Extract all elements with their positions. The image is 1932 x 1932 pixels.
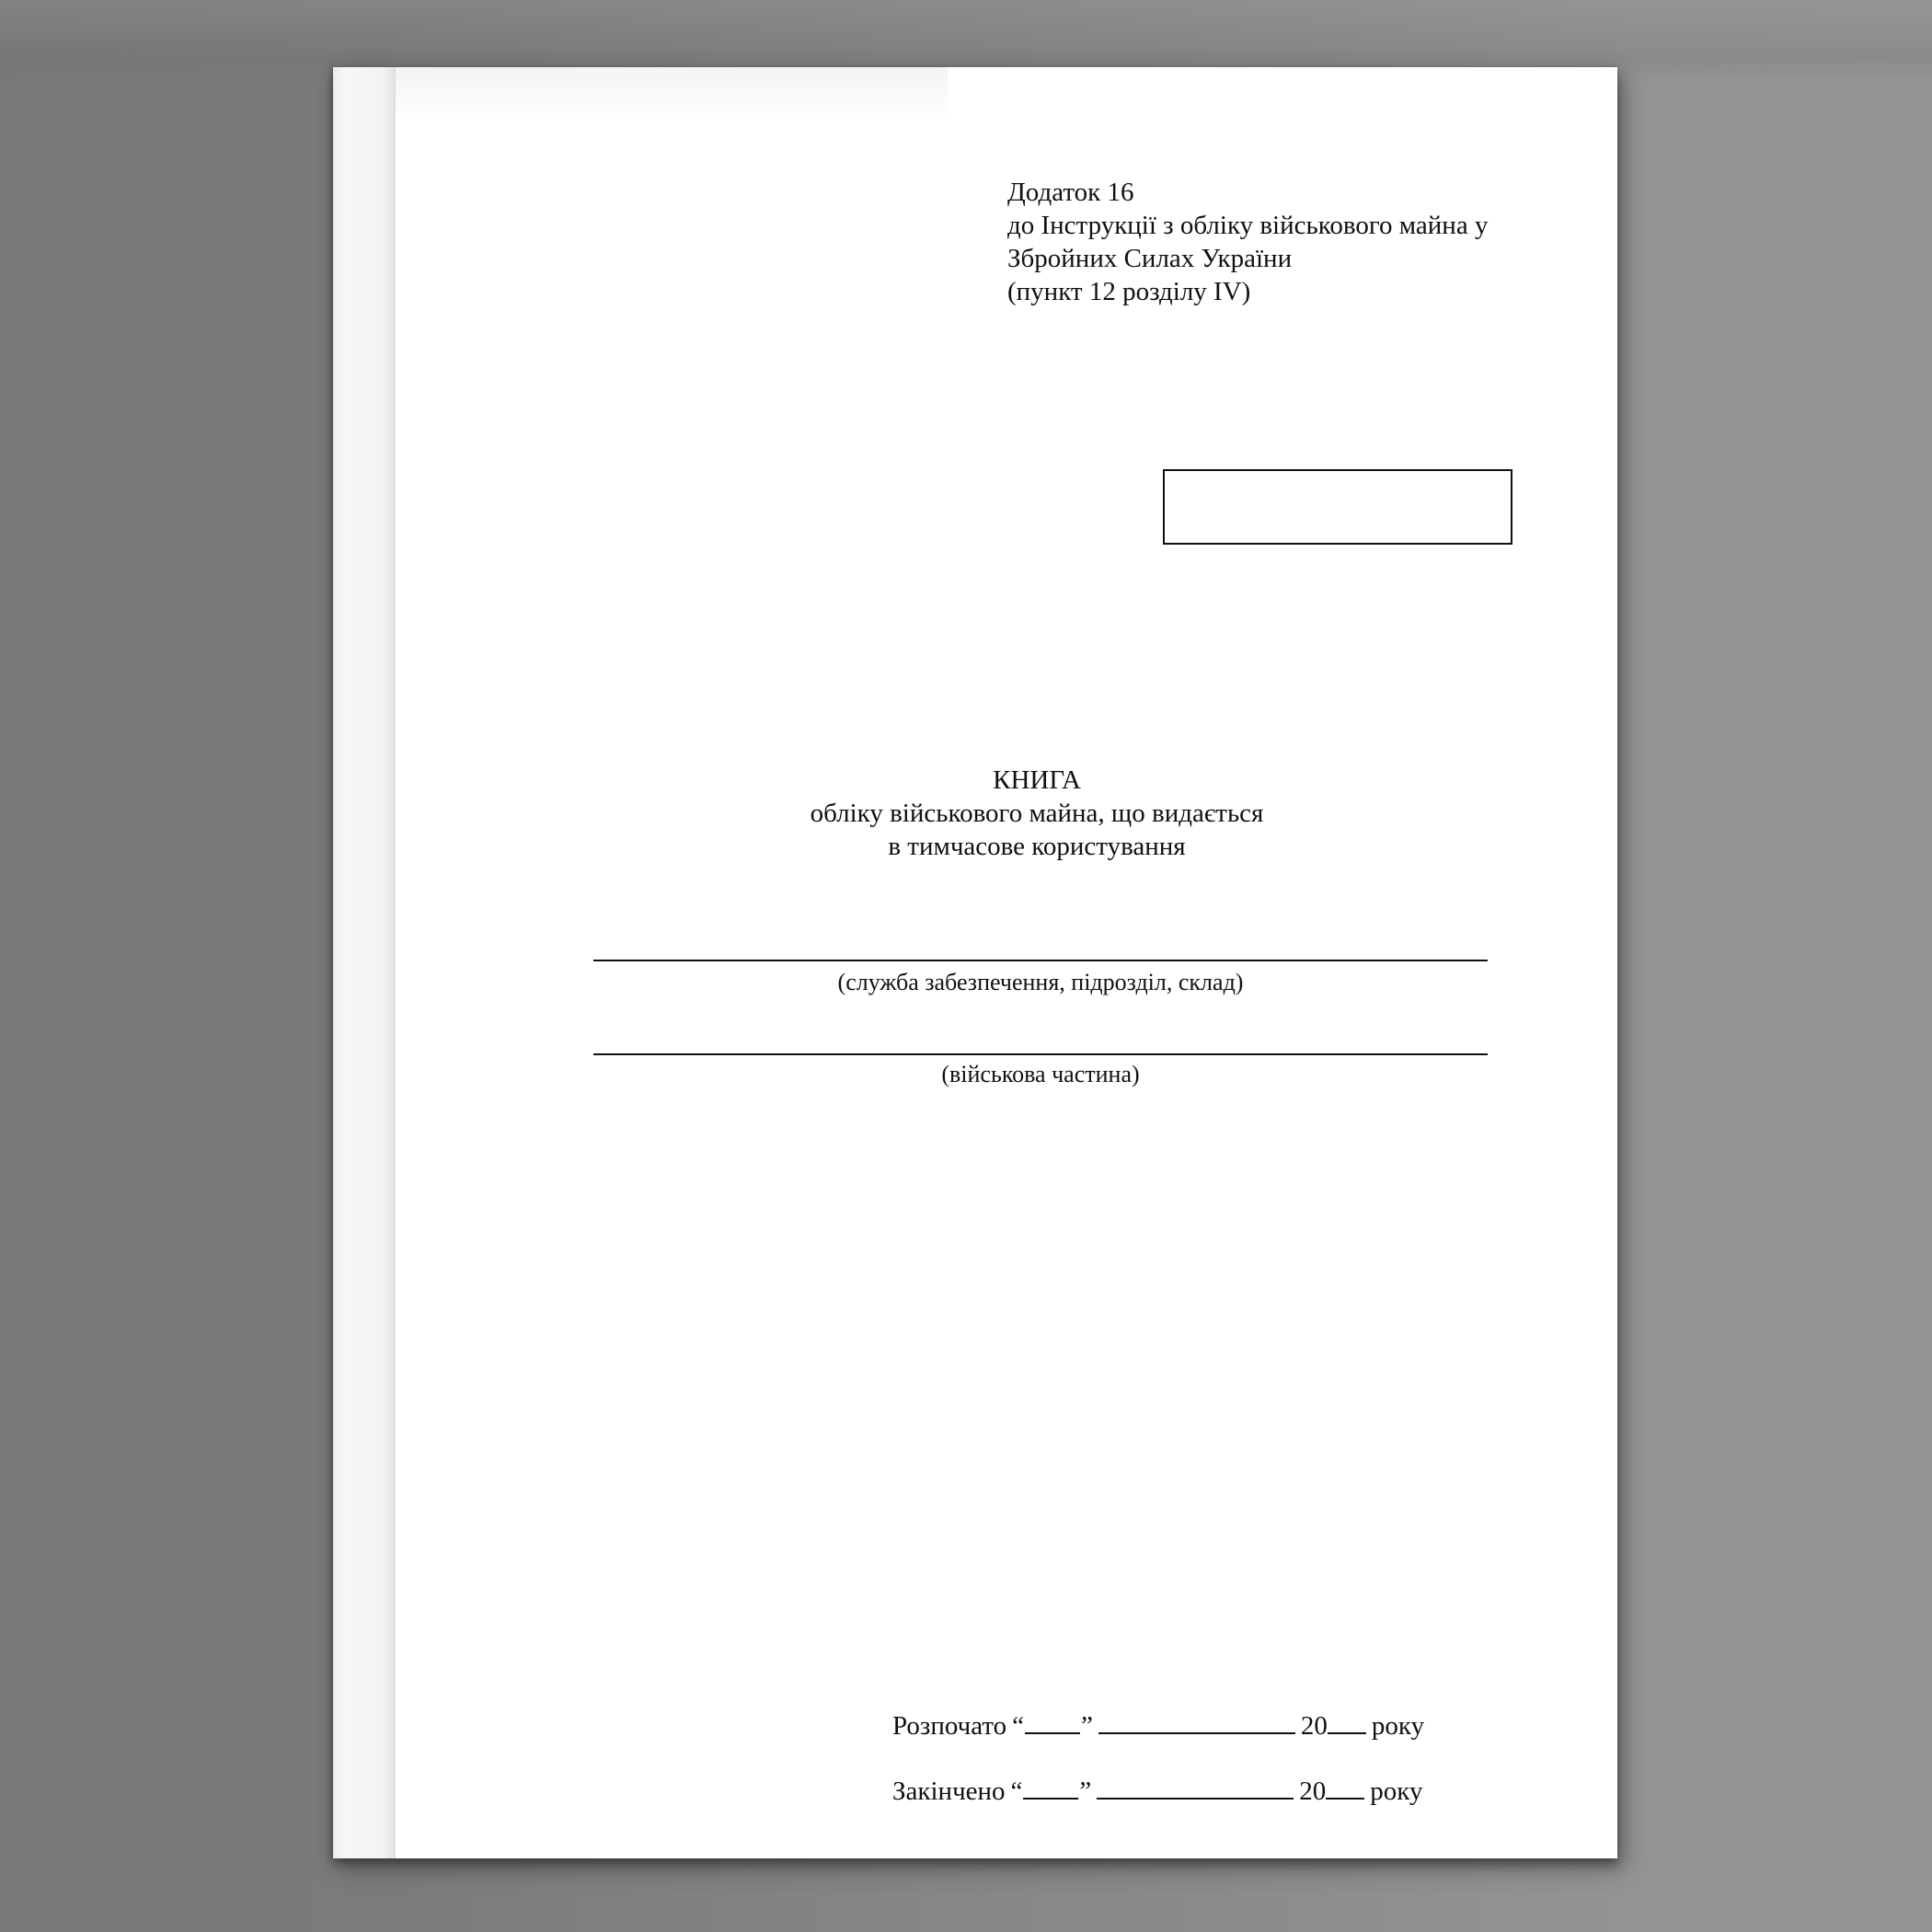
end-date-line: Закінчено“”20року bbox=[892, 1774, 1422, 1808]
title-subtitle-line-2: в тимчасове користування bbox=[701, 830, 1373, 863]
start-year-blank bbox=[1328, 1708, 1366, 1734]
start-day-blank bbox=[1025, 1708, 1080, 1734]
book-spine bbox=[333, 67, 396, 1858]
start-month-blank bbox=[1098, 1708, 1295, 1734]
appendix-clause: (пункт 12 розділу IV) bbox=[1007, 275, 1488, 308]
end-day-blank bbox=[1023, 1774, 1078, 1800]
title-heading: КНИГА bbox=[701, 764, 1373, 797]
end-close-quote: ” bbox=[1079, 1777, 1091, 1806]
start-date-label: Розпочато bbox=[892, 1711, 1006, 1741]
military-unit-caption: (військова частина) bbox=[593, 1061, 1488, 1088]
end-date-label: Закінчено bbox=[892, 1777, 1006, 1806]
book-cover: Додаток 16 до Інструкції з обліку військ… bbox=[333, 67, 1617, 1858]
appendix-reference: Додаток 16 до Інструкції з обліку військ… bbox=[1007, 176, 1488, 308]
end-year-blank bbox=[1326, 1774, 1364, 1800]
end-month-blank bbox=[1097, 1774, 1294, 1800]
start-date-line: Розпочато“”20року bbox=[892, 1708, 1424, 1742]
start-year-word: року bbox=[1372, 1711, 1424, 1741]
appendix-armed-forces: Збройних Силах України bbox=[1007, 242, 1488, 275]
service-unit-fill-line bbox=[593, 960, 1488, 961]
service-unit-caption: (служба забезпечення, підрозділ, склад) bbox=[593, 969, 1488, 996]
book-title: КНИГА обліку військового майна, що видає… bbox=[701, 764, 1373, 863]
start-open-quote: “ bbox=[1012, 1711, 1024, 1741]
military-unit-fill-line bbox=[593, 1053, 1488, 1055]
end-open-quote: “ bbox=[1011, 1777, 1023, 1806]
start-close-quote: ” bbox=[1081, 1711, 1093, 1741]
appendix-number: Додаток 16 bbox=[1007, 176, 1488, 209]
appendix-instruction: до Інструкції з обліку військового майна… bbox=[1007, 209, 1488, 242]
cover-top-fade bbox=[396, 67, 948, 122]
title-subtitle-line-1: обліку військового майна, що видається bbox=[701, 797, 1373, 830]
registration-stamp-box bbox=[1163, 469, 1512, 545]
end-year-word: року bbox=[1370, 1777, 1422, 1806]
start-year-prefix: 20 bbox=[1301, 1711, 1328, 1741]
end-year-prefix: 20 bbox=[1299, 1777, 1326, 1806]
